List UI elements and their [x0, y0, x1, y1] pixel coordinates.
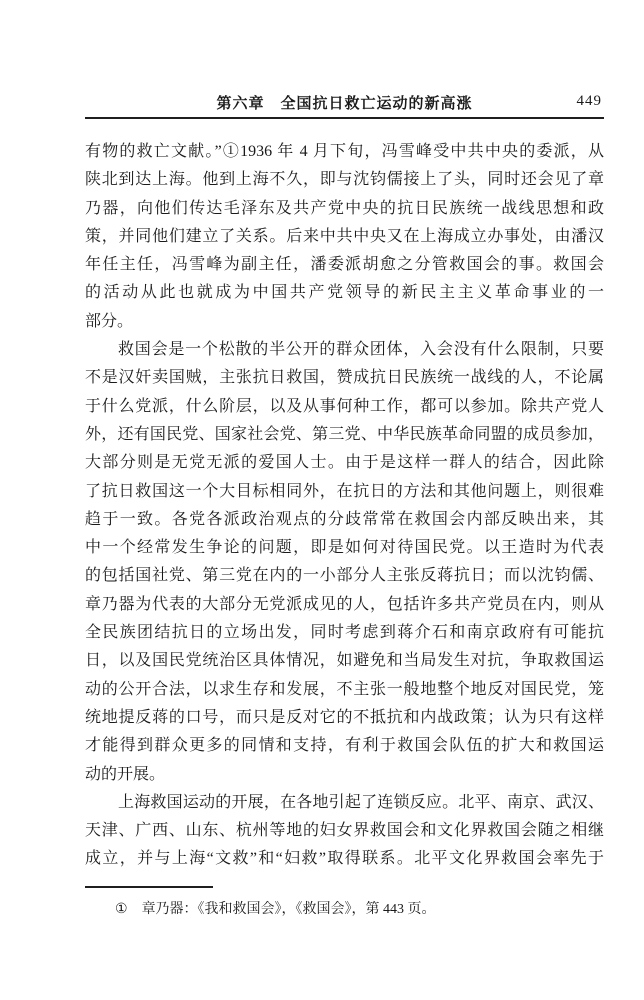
- body-text-line: 乃器，向他们传达毛泽东及共产党中央的抗日民族统一战线思想和政: [85, 195, 604, 223]
- chapter-title: 第六章 全国抗日救亡运动的新高涨: [85, 92, 604, 113]
- page-number: 449: [577, 93, 603, 110]
- footnote-marker: ①: [115, 902, 128, 917]
- body-text-line: 外，还有国民党、国家社会党、第三党、中华民族革命同盟的成员参加，: [85, 421, 604, 449]
- body-text-line: 年任主任，冯雪峰为副主任，潘委派胡愈之分管救国会的事。救国会: [85, 251, 604, 279]
- body-text-line: 陕北到达上海。他到上海不久，即与沈钧儒接上了头，同时还会见了章: [85, 166, 604, 194]
- body-text-line: 上海救国运动的开展，在各地引起了连锁反应。北平、南京、武汉、: [85, 789, 604, 817]
- body-text-line: 于什么党派，什么阶层，以及从事何种工作，都可以参加。除共产党人: [85, 393, 604, 421]
- body-text-line: 统地提反蒋的口号，而只是反对它的不抵抗和内战政策；认为只有这样: [85, 704, 604, 732]
- body-text-line: 章乃器为代表的大部分无党派成见的人，包括许多共产党员在内，则从: [85, 591, 604, 619]
- body-text-line: 才能得到群众更多的同情和支持，有利于救国会队伍的扩大和救国运: [85, 732, 604, 760]
- body-text-line: 有物的救亡文献。”①1936 年 4 月下旬，冯雪峰受中共中央的委派，从: [85, 138, 604, 166]
- body-text-line: 的活动从此也就成为中国共产党领导的新民主主义革命事业的一: [85, 279, 604, 307]
- body-text-line: 不是汉奸卖国贼，主张抗日救国，赞成抗日民族统一战线的人，不论属: [85, 364, 604, 392]
- book-page: 第六章 全国抗日救亡运动的新高涨 449 有物的救亡文献。”①1936 年 4 …: [0, 0, 644, 1000]
- body-text-line: 趋于一致。各党各派政治观点的分歧常常在救国会内部反映出来，其: [85, 506, 604, 534]
- body-text-line: 部分。: [85, 308, 604, 336]
- body-text-line: 了抗日救国这一个大目标相同外，在抗日的方法和其他问题上，则很难: [85, 478, 604, 506]
- footnote-text: 章乃器：《我和救国会》，《救国会》，第 443 页。: [142, 902, 436, 917]
- footnote-rule: [85, 886, 213, 888]
- body-text-line: 中一个经常发生争论的问题，即是如何对待国民党。以王造时为代表: [85, 534, 604, 562]
- body-text-line: 天津、广西、山东、杭州等地的妇女界救国会和文化界救国会随之相继: [85, 817, 604, 845]
- body-text-line: 全民族团结抗日的立场出发，同时考虑到蒋介石和南京政府有可能抗: [85, 619, 604, 647]
- body-text-line: 救国会是一个松散的半公开的群众团体，入会没有什么限制，只要: [85, 336, 604, 364]
- body-text-line: 的包括国社党、第三党在内的一小部分人主张反蒋抗日；而以沈钧儒、: [85, 562, 604, 590]
- body-text-line: 动的公开合法，以求生存和发展，不主张一般地整个地反对国民党，笼: [85, 676, 604, 704]
- body-text: 有物的救亡文献。”①1936 年 4 月下旬，冯雪峰受中共中央的委派，从陕北到达…: [85, 138, 604, 874]
- body-text-line: 成立，并与上海“文救”和“妇救”取得联系。北平文化界救国会率先于: [85, 845, 604, 873]
- body-text-line: 策，并同他们建立了关系。后来中共中央又在上海成立办事处，由潘汉: [85, 223, 604, 251]
- body-text-line: 日，以及国民党统治区具体情况，如避免和当局发生对抗，争取救国运: [85, 647, 604, 675]
- body-text-line: 大部分则是无党无派的爱国人士。由于是这样一群人的结合，因此除: [85, 449, 604, 477]
- header-rule: [85, 117, 604, 119]
- footnote: ①章乃器：《我和救国会》，《救国会》，第 443 页。: [85, 898, 634, 922]
- body-text-line: 动的开展。: [85, 761, 604, 789]
- running-header: 第六章 全国抗日救亡运动的新高涨 449: [85, 92, 604, 114]
